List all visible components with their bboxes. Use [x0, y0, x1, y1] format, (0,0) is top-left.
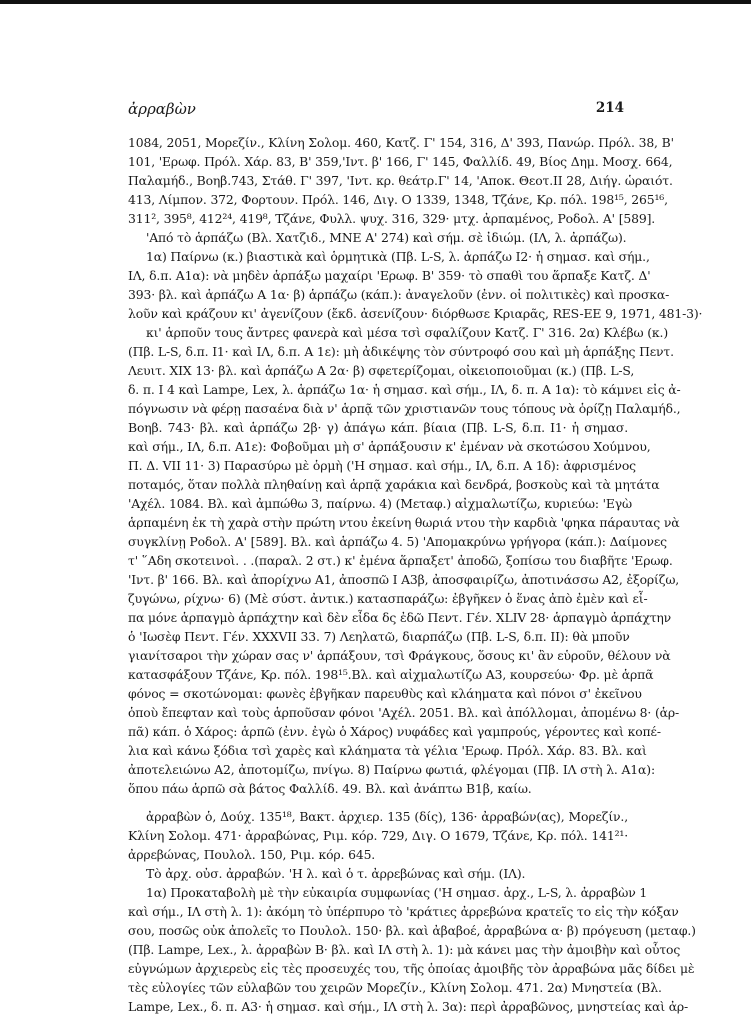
text-line: λοῦν καὶ κράζουν κι' ἀγενίζουν (ἔκδ. ἀσε… — [128, 304, 628, 323]
text-line: ἀποτελειώνω Α2, ἀποτομίζω, πνίγω. 8) Παί… — [128, 760, 628, 779]
text-line: καὶ σήμ., ΙΛ, δ.π. Α1ε): Φοβοῦμαι μὴ σ' … — [128, 437, 628, 456]
text-line: ὁποὺ ἔπεφταν καὶ τοὺς ἁρποῦσαν φόνοι 'Αχ… — [128, 703, 628, 722]
text-line: πᾶ) κάπ. ὁ Χάρος: ἁρπῶ (ἐνν. ἐγὼ ὁ Χάρος… — [128, 722, 628, 741]
etymology-line: 'Από τὸ ἁρπάζω (Βλ. Χατζιδ., ΜΝΕ Α' 274)… — [128, 228, 628, 247]
sense-1a-line: 1α) Προκαταβολὴ μὲ τὴν εὐκαιρία συμφωνία… — [128, 883, 628, 902]
text-line: Βοηβ. 743· βλ. καὶ ἁρπάζω 2β· γ) ἀπάγω κ… — [128, 418, 628, 437]
text-line: Lampe, Lex., δ. π. Α3· ἡ σημασ. καὶ σήμ.… — [128, 997, 628, 1016]
text-line: 311², 395⁸, 412²⁴, 419⁸, Τζάνε, Φυλλ. ψυ… — [128, 209, 628, 228]
text-line: καὶ σήμ., ΙΛ στὴ λ. 1): ἀκόμη τὸ ὑπέρπυρ… — [128, 902, 628, 921]
text-line: δ. π. Ι 4 καὶ Lampe, Lex, λ. ἁρπάζω 1α· … — [128, 380, 628, 399]
text-line: ζυγώνω, ρίχνω· 6) (Μὲ σύστ. ἀντικ.) κατα… — [128, 589, 628, 608]
text-line: 101, 'Ερωφ. Πρόλ. Χάρ. 83, Β' 359,'Ιντ. … — [128, 152, 628, 171]
text-line: εὐγνώμων ἀρχιερεὺς εἰς τὲς προσευχές του… — [128, 959, 628, 978]
text-line: κι' ἁρποῦν τους ἄντρες φανερὰ καὶ μέσα τ… — [128, 323, 628, 342]
text-line: γιανίτσαροι τὴν χώραν σας ν' ἁρπάξουν, τ… — [128, 646, 628, 665]
text-line: 'Αχέλ. 1084. Βλ. καὶ ἀμπώθω 3, παίρνω. 4… — [128, 494, 628, 513]
entry-arravon: ἀρραβὼν ὁ, Δούχ. 135¹⁸, Βακτ. ἀρχιερ. 13… — [128, 807, 628, 1016]
text-line: κατασφάξουν Τζάνε, Κρ. πόλ. 198¹⁵.Βλ. κα… — [128, 665, 628, 684]
sense-1a-line: 1α) Παίρνω (κ.) βιαστικὰ καὶ ὁρμητικὰ (Π… — [128, 247, 628, 266]
entry-arpazo-continued: 1084, 2051, Μορεζίν., Κλίνη Σολομ. 460, … — [128, 133, 628, 798]
text-line: ΙΛ, δ.π. Α1α): νὰ μηδὲν ἁρπάξω μαχαίρι '… — [128, 266, 628, 285]
text-line: τὲς εὐλογίες τῶν εὐλαβῶν του χειρῶν Μορε… — [128, 978, 628, 997]
text-line: πα μόνε ἁρπαγμὸ ἁρπάχτην καὶ δὲν εἶδα δς… — [128, 608, 628, 627]
text-line: 1084, 2051, Μορεζίν., Κλίνη Σολομ. 460, … — [128, 133, 628, 152]
text-line: πόγνωσιν νὰ φέρῃ πασαένα διὰ ν' ἁρπᾷ τῶν… — [128, 399, 628, 418]
text-line: (Πβ. L-S, δ.π. Ι1· καὶ ΙΛ, δ.π. Α 1ε): μ… — [128, 342, 628, 361]
text-line: ἁρπαμένη ἐκ τὴ χαρὰ στὴν πρώτη ντου ἐκεί… — [128, 513, 628, 532]
headword-line: ἀρραβὼν ὁ, Δούχ. 135¹⁸, Βακτ. ἀρχιερ. 13… — [128, 807, 628, 826]
text-line: 413, Λίμπον. 372, Φορτουν. Πρόλ. 146, Δι… — [128, 190, 628, 209]
running-head: ἀρραβὼν — [128, 100, 196, 118]
text-line: Κλίνη Σολομ. 471· ἀρραβώνας, Ριμ. κόρ. 7… — [128, 826, 628, 845]
text-line: (Πβ. Lampe, Lex., λ. ἀρραβὼν Β· βλ. καὶ … — [128, 940, 628, 959]
text-line: Λευιτ. ΧΙΧ 13· βλ. καὶ ἁρπάζω Α 2α· β) σ… — [128, 361, 628, 380]
text-line: λια καὶ κάνω ξόδια τσὶ χαρὲς καὶ κλάηματ… — [128, 741, 628, 760]
dictionary-body: 1084, 2051, Μορεζίν., Κλίνη Σολομ. 460, … — [128, 133, 628, 1016]
text-line: ὁ 'Ιωσὲφ Πεντ. Γέν. XXXVII 33. 7) Λεηλατ… — [128, 627, 628, 646]
text-line: φόνος = σκοτώνομαι: φωνὲς ἐβγῆκαν παρευθ… — [128, 684, 628, 703]
text-line: συγκλίνῃ Ροδολ. Α' [589]. Βλ. καὶ ἁρπάζω… — [128, 532, 628, 551]
scan-top-edge — [0, 0, 751, 4]
text-line: ὅπου πάω ἁρπῶ σὰ βάτος Φαλλίδ. 49. Βλ. κ… — [128, 779, 628, 798]
text-line: ποταμός, ὅταν πολλὰ πληθαίνῃ καὶ ἁρπᾷ χα… — [128, 475, 628, 494]
etymology-line: Τὸ ἀρχ. οὐσ. ἀρραβών. 'Η λ. καὶ ὁ τ. ἀρρ… — [128, 864, 628, 883]
text-line: 'Ιντ. β' 166. Βλ. καὶ ἀπορίχνω Α1, ἀποσπ… — [128, 570, 628, 589]
text-line: ἀρρεβώνας, Πουλολ. 150, Ριμ. κόρ. 645. — [128, 845, 628, 864]
text-line: σου, ποσῶς οὐκ ἀπολεῖς το Πουλολ. 150· β… — [128, 921, 628, 940]
text-line: Παλαμήδ., Βοηβ.743, Στάθ. Γ' 397, 'Ιντ. … — [128, 171, 628, 190]
page-header: ἀρραβὼν 214 — [128, 100, 624, 120]
text-line: Π. Δ. VII 11· 3) Παρασύρω μὲ ὁρμὴ ('Η ση… — [128, 456, 628, 475]
page-number: 214 — [596, 100, 624, 116]
entry-separator — [128, 798, 628, 807]
text-line: τ' ῞Αδη σκοτεινοὶ. . .(παραλ. 2 στ.) κ' … — [128, 551, 628, 570]
text-line: 393· βλ. καὶ ἁρπάζω Α 1α· β) ἁρπάζω (κάπ… — [128, 285, 628, 304]
